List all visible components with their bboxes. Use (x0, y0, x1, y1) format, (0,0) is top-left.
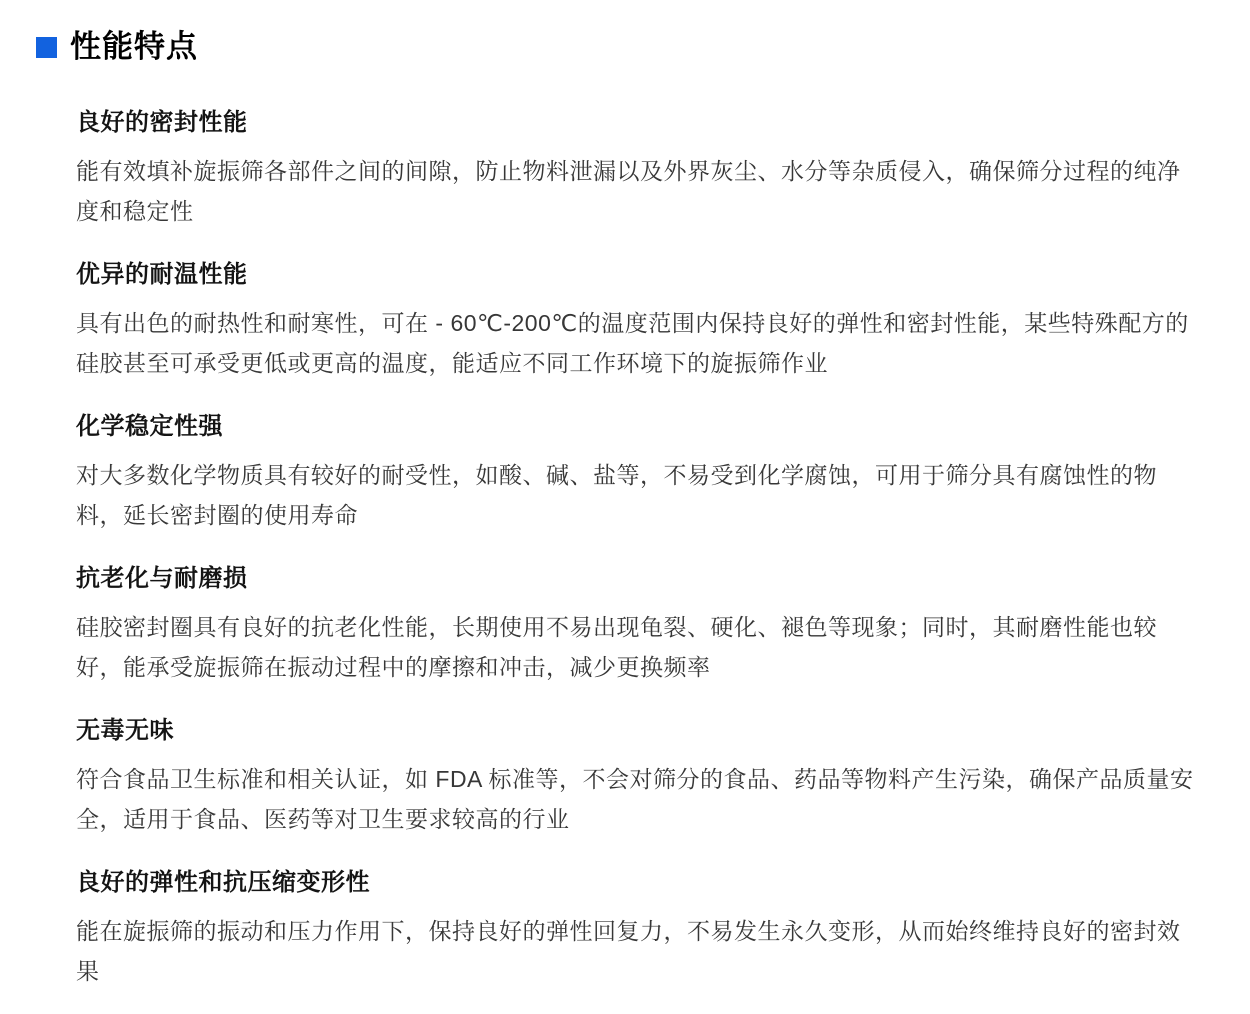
feature-section-non-toxic: 无毒无味 符合食品卫生标准和相关认证，如 FDA 标准等，不会对筛分的食品、药品… (76, 714, 1195, 839)
feature-heading: 无毒无味 (76, 714, 1195, 748)
feature-paragraph: 硅胶密封圈具有良好的抗老化性能，长期使用不易出现龟裂、硬化、褪色等现象；同时，其… (76, 607, 1195, 687)
performance-features-page: 性能特点 良好的密封性能 能有效填补旋振筛各部件之间的间隙，防止物料泄漏以及外界… (0, 0, 1250, 1014)
feature-section-anti-aging: 抗老化与耐磨损 硅胶密封圈具有良好的抗老化性能，长期使用不易出现龟裂、硬化、褪色… (76, 562, 1195, 687)
feature-section-sealing: 良好的密封性能 能有效填补旋振筛各部件之间的间隙，防止物料泄漏以及外界灰尘、水分… (76, 106, 1195, 231)
feature-paragraph: 能有效填补旋振筛各部件之间的间隙，防止物料泄漏以及外界灰尘、水分等杂质侵入，确保… (76, 151, 1195, 231)
feature-paragraph: 能在旋振筛的振动和压力作用下，保持良好的弹性回复力，不易发生永久变形，从而始终维… (76, 911, 1195, 991)
feature-paragraph: 具有出色的耐热性和耐寒性，可在 - 60℃-200℃的温度范围内保持良好的弹性和… (76, 303, 1195, 383)
feature-heading: 化学稳定性强 (76, 410, 1195, 444)
feature-paragraph: 符合食品卫生标准和相关认证，如 FDA 标准等，不会对筛分的食品、药品等物料产生… (76, 759, 1195, 839)
feature-section-chemical-stability: 化学稳定性强 对大多数化学物质具有较好的耐受性，如酸、碱、盐等，不易受到化学腐蚀… (76, 410, 1195, 535)
page-title-row: 性能特点 (36, 30, 1195, 64)
feature-heading: 优异的耐温性能 (76, 258, 1195, 292)
blue-square-bullet-icon (36, 37, 57, 58)
feature-section-temperature: 优异的耐温性能 具有出色的耐热性和耐寒性，可在 - 60℃-200℃的温度范围内… (76, 258, 1195, 383)
feature-sections: 良好的密封性能 能有效填补旋振筛各部件之间的间隙，防止物料泄漏以及外界灰尘、水分… (36, 106, 1195, 991)
feature-paragraph: 对大多数化学物质具有较好的耐受性，如酸、碱、盐等，不易受到化学腐蚀，可用于筛分具… (76, 455, 1195, 535)
feature-section-elasticity: 良好的弹性和抗压缩变形性 能在旋振筛的振动和压力作用下，保持良好的弹性回复力，不… (76, 866, 1195, 991)
feature-heading: 抗老化与耐磨损 (76, 562, 1195, 596)
page-title: 性能特点 (70, 30, 198, 64)
feature-heading: 良好的密封性能 (76, 106, 1195, 140)
feature-heading: 良好的弹性和抗压缩变形性 (76, 866, 1195, 900)
